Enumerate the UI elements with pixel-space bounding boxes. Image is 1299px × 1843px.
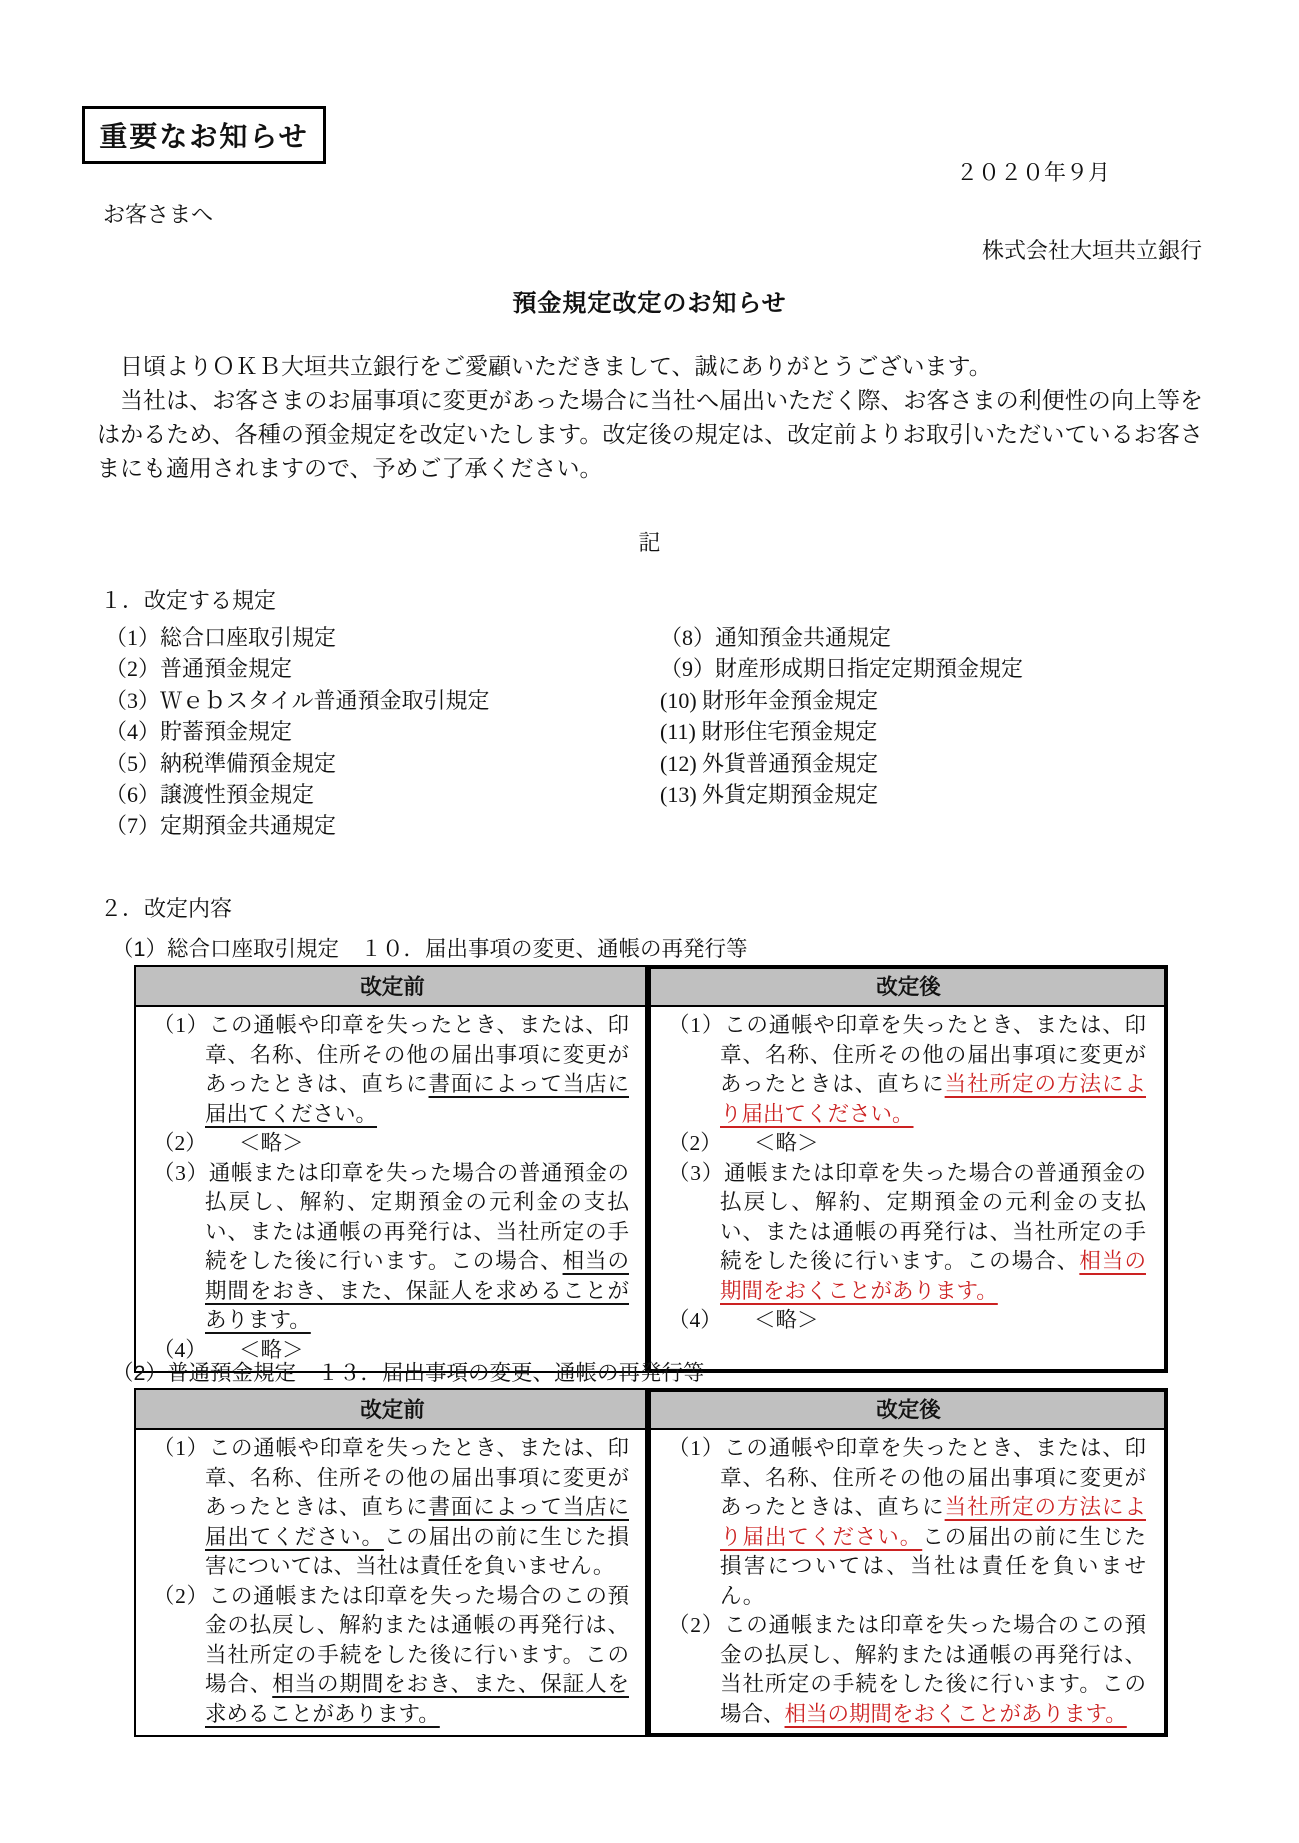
revision-table-2-caption: （2）普通預金規定 １３．届出事項の変更、通帳の再発行等 — [112, 1356, 704, 1387]
regulation-item: （1）総合口座取引規定 — [105, 622, 645, 653]
before-cell: （1）この通帳や印章を失ったとき、または、印章、名称、住所その他の届出事項に変更… — [136, 1007, 651, 1371]
text-run: （4） ＜略＞ — [668, 1308, 819, 1332]
text-run: （2） ＜略＞ — [668, 1131, 819, 1155]
after-cell: （1）この通帳や印章を失ったとき、または、印章、名称、住所その他の届出事項に変更… — [651, 1430, 1166, 1735]
regulation-item: (11) 財形住宅預金規定 — [660, 716, 1220, 747]
salutation: お客さまへ — [103, 198, 213, 229]
note-marker: 記 — [0, 526, 1299, 557]
clause-item: （1）この通帳や印章を失ったとき、または、印章、名称、住所その他の届出事項に変更… — [668, 1434, 1146, 1611]
clause-item: （2） ＜略＞ — [153, 1129, 629, 1159]
regulation-item: （5）納税準備預金規定 — [105, 748, 645, 779]
intro-paragraph-2: 当社は、お客さまのお届事項に変更があった場合に当社へ届出いただく際、お客さまの利… — [97, 384, 1203, 486]
section2-heading: ２．改定内容 — [100, 892, 232, 923]
banner-label: 重要なお知らせ — [99, 115, 308, 155]
intro-paragraph-1: 日頃よりＯＫＢ大垣共立銀行をご愛顧いただきまして、誠にありがとうございます。 — [97, 350, 1203, 384]
document-page: 重要なお知らせ ２０２０年９月 お客さまへ 株式会社大垣共立銀行 預金規定改定の… — [0, 0, 1299, 1843]
clause-item: （4） ＜略＞ — [668, 1306, 1146, 1336]
regulation-item: (12) 外貨普通預金規定 — [660, 748, 1220, 779]
regulation-item: (10) 財形年金預金規定 — [660, 685, 1220, 716]
regulation-item: （3）Ｗｅｂスタイル普通預金取引規定 — [105, 685, 645, 716]
clause-item: （2） ＜略＞ — [668, 1129, 1146, 1159]
clause-item: （1）この通帳や印章を失ったとき、または、印章、名称、住所その他の届出事項に変更… — [668, 1011, 1146, 1129]
clause-item: （2）この通帳または印章を失った場合のこの預金の払戻し、解約または通帳の再発行は… — [668, 1611, 1146, 1729]
regulation-list-left: （1）総合口座取引規定（2）普通預金規定（3）Ｗｅｂスタイル普通預金取引規定（4… — [105, 622, 645, 842]
text-run: （3）通帳または印章を失った場合の普通預金の払戻し、解約、定期預金の元利金の支払… — [153, 1161, 629, 1274]
column-header-after: 改定後 — [651, 967, 1166, 1007]
text-run: （2） ＜略＞ — [153, 1131, 304, 1155]
column-header-before: 改定前 — [136, 1390, 651, 1430]
regulation-item: (13) 外貨定期預金規定 — [660, 779, 1220, 810]
important-notice-banner: 重要なお知らせ — [82, 106, 326, 164]
regulation-item: （2）普通預金規定 — [105, 653, 645, 684]
column-header-after: 改定後 — [651, 1390, 1166, 1430]
document-title: 預金規定改定のお知らせ — [0, 283, 1299, 318]
revision-table-2: 改定前 改定後 （1）この通帳や印章を失ったとき、または、印章、名称、住所その他… — [134, 1388, 1168, 1737]
revision-table-1-caption: （1）総合口座取引規定 １０．届出事項の変更、通帳の再発行等 — [112, 932, 747, 963]
clause-item: （3）通帳または印章を失った場合の普通預金の払戻し、解約、定期預金の元利金の支払… — [153, 1159, 629, 1336]
regulation-item: （9）財産形成期日指定定期預金規定 — [660, 653, 1220, 684]
clause-item: （1）この通帳や印章を失ったとき、または、印章、名称、住所その他の届出事項に変更… — [153, 1434, 629, 1582]
intro-paragraphs: 日頃よりＯＫＢ大垣共立銀行をご愛顧いただきまして、誠にありがとうございます。 当… — [97, 350, 1203, 486]
clause-item: （2）この通帳または印章を失った場合のこの預金の払戻し、解約または通帳の再発行は… — [153, 1582, 629, 1730]
regulation-item: （7）定期預金共通規定 — [105, 810, 645, 841]
text-run: （3）通帳または印章を失った場合の普通預金の払戻し、解約、定期預金の元利金の支払… — [668, 1161, 1146, 1274]
revision-table-1: 改定前 改定後 （1）この通帳や印章を失ったとき、または、印章、名称、住所その他… — [134, 965, 1168, 1373]
date-label: ２０２０年９月 — [956, 156, 1110, 187]
section1-heading: １．改定する規定 — [100, 584, 276, 615]
column-header-before: 改定前 — [136, 967, 651, 1007]
clause-item: （3）通帳または印章を失った場合の普通預金の払戻し、解約、定期預金の元利金の支払… — [668, 1159, 1146, 1307]
regulation-item: （4）貯蓄預金規定 — [105, 716, 645, 747]
before-cell: （1）この通帳や印章を失ったとき、または、印章、名称、住所その他の届出事項に変更… — [136, 1430, 651, 1735]
regulation-list-right: （8）通知預金共通規定（9）財産形成期日指定定期預金規定(10) 財形年金預金規… — [660, 622, 1220, 810]
company-name: 株式会社大垣共立銀行 — [982, 234, 1202, 265]
regulation-item: （8）通知預金共通規定 — [660, 622, 1220, 653]
clause-item: （1）この通帳や印章を失ったとき、または、印章、名称、住所その他の届出事項に変更… — [153, 1011, 629, 1129]
regulation-item: （6）譲渡性預金規定 — [105, 779, 645, 810]
after-cell: （1）この通帳や印章を失ったとき、または、印章、名称、住所その他の届出事項に変更… — [651, 1007, 1166, 1371]
revised-text-run: 相当の期間をおくことがあります。 — [785, 1702, 1127, 1726]
